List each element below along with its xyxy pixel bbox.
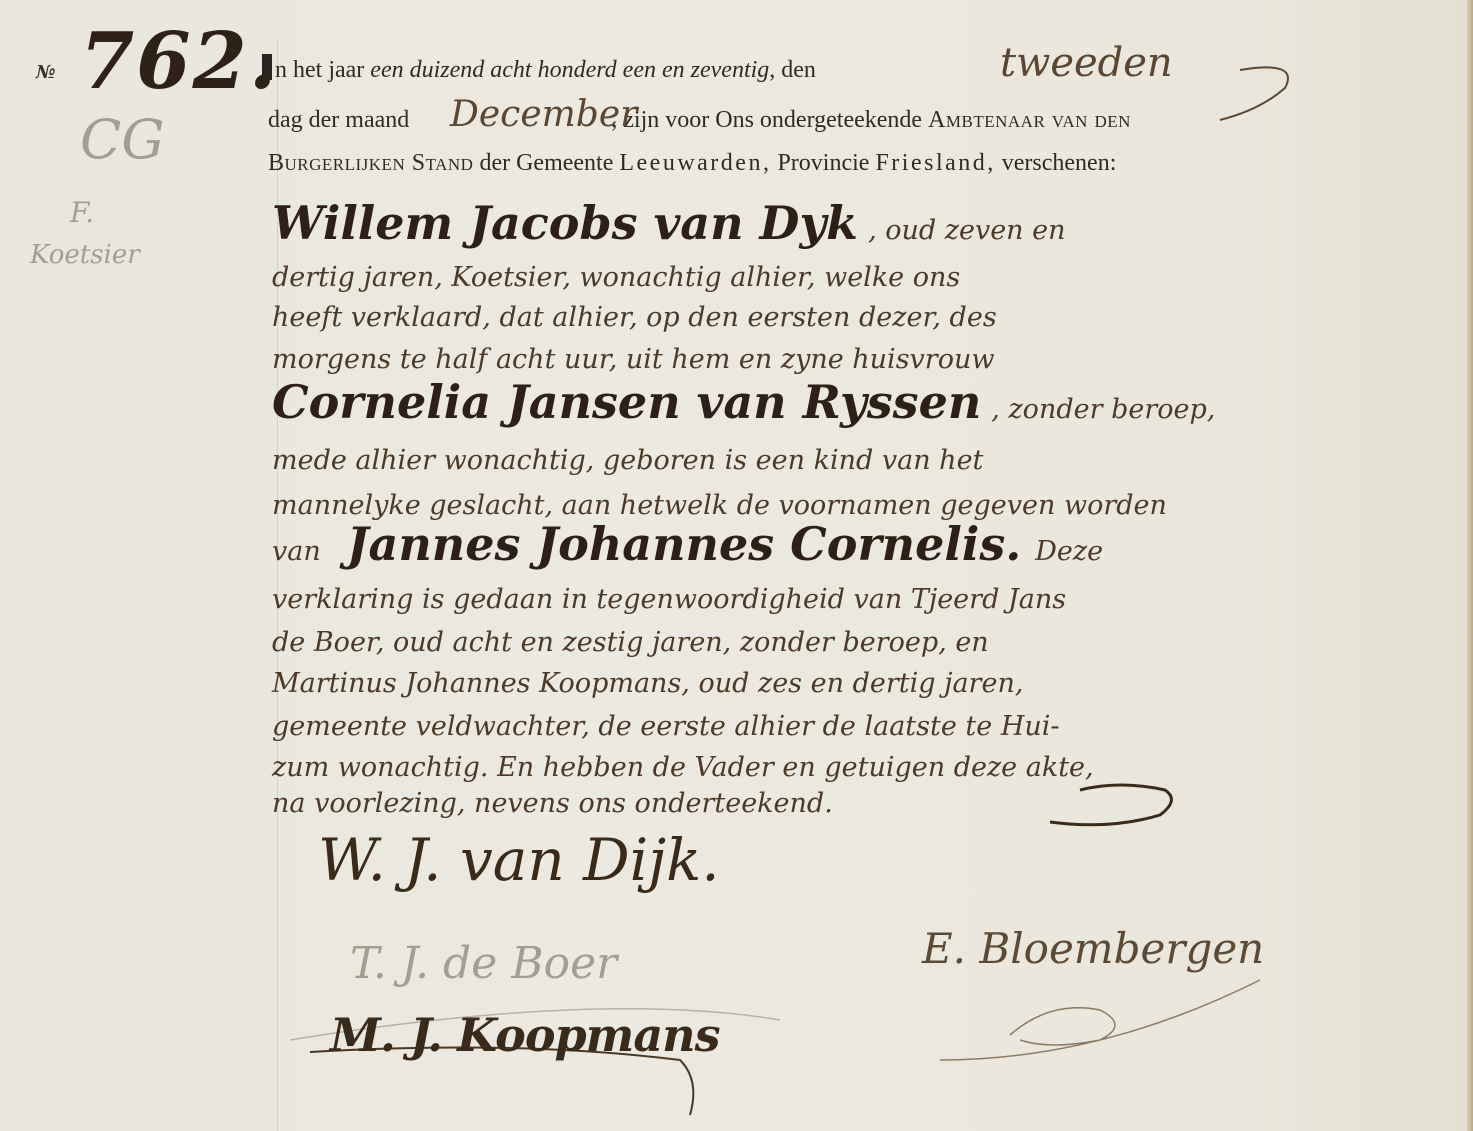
body-line5-rest: , zonder beroep, [991,394,1215,425]
record-number-label: № [36,62,56,83]
body-line-12: gemeente veldwachter, de eerste alhier d… [272,711,1060,742]
body-line-9: verklaring is gedaan in tegenwoordigheid… [272,584,1066,615]
printed-province: Friesland, [875,150,995,176]
child-name: Jannes Johannes Cornelis. [347,517,1022,571]
signature-witness-1: T. J. de Boer [350,938,617,989]
signature-official: E. Bloembergen [922,924,1264,973]
printed-line-1: n het jaar een duizend acht honderd een … [262,54,816,84]
body-line-10: de Boer, oud acht en zestig jaren, zonde… [272,627,989,658]
body-line-11: Martinus Johannes Koopmans, oud zes en d… [272,668,1023,699]
mother-name: Cornelia Jansen van Ryssen [272,375,981,429]
record-number: 762. [80,16,278,107]
printed-official-title: Ambtenaar van den [928,107,1131,133]
register-page: № 762. CG F. Koetsier n het jaar een dui… [0,0,1473,1131]
printed-line3-text2: Provincie [777,150,869,176]
printed-city: Leeuwarden, [619,150,771,176]
body-line-14: na voorlezing, nevens ons onderteekend. [272,788,833,819]
printed-year: een duizend acht honderd een en zeventig [370,57,769,83]
body-line-6: mede alhier wonachtig, geboren is een ki… [272,445,983,476]
father-name: Willem Jacobs van Dyk [272,196,858,250]
signature-witness-2: M. J. Koopmans [330,1008,720,1062]
printed-registry-title: Burgerlijken Stand [268,150,473,176]
body-line8-prefix: van [272,536,321,567]
body-line-3: heeft verklaard, dat alhier, op den eers… [272,302,997,333]
body-line8-rest: Deze [1035,536,1103,567]
body-line-child: vanJannes Johannes Cornelis.Deze [272,517,1103,571]
printed-line3-suffix: verschenen: [1002,150,1117,176]
margin-note-initials: CG [80,108,164,171]
printed-line1-prefix: n het jaar [275,57,364,83]
margin-note-f: F. [70,196,94,229]
printed-line2-suffix: , zijn voor Ons ondergeteekende [611,107,922,133]
printed-line-3: Burgerlijken Stand der Gemeente Leeuward… [268,150,1116,177]
printed-line3-text1: der Gemeente [479,150,613,176]
page-edge [1467,0,1473,1131]
margin-note-occupation: Koetsier [30,240,140,270]
printed-line2-prefix: dag der maand [268,107,409,133]
handwritten-day: tweeden [1000,40,1173,86]
body-line-13: zum wonachtig. En hebben de Vader en get… [272,752,1094,783]
body-line-mother: Cornelia Jansen van Ryssen, zonder beroe… [272,375,1215,429]
signature-father: W. J. van Dijk. [318,826,720,894]
body-line1-rest: , oud zeven en [868,215,1065,246]
body-line-father: Willem Jacobs van Dyk, oud zeven en [272,196,1066,250]
printed-line1-suffix: , den [769,57,816,83]
drop-cap-i [262,54,272,80]
body-line-4: morgens te half acht uur, uit hem en zyn… [272,344,994,375]
body-line-2: dertig jaren, Koetsier, wonachtig alhier… [272,262,960,293]
printed-line-2: dag der maand , zijn voor Ons ondergetee… [268,107,1131,134]
handwritten-month: December [450,94,637,135]
